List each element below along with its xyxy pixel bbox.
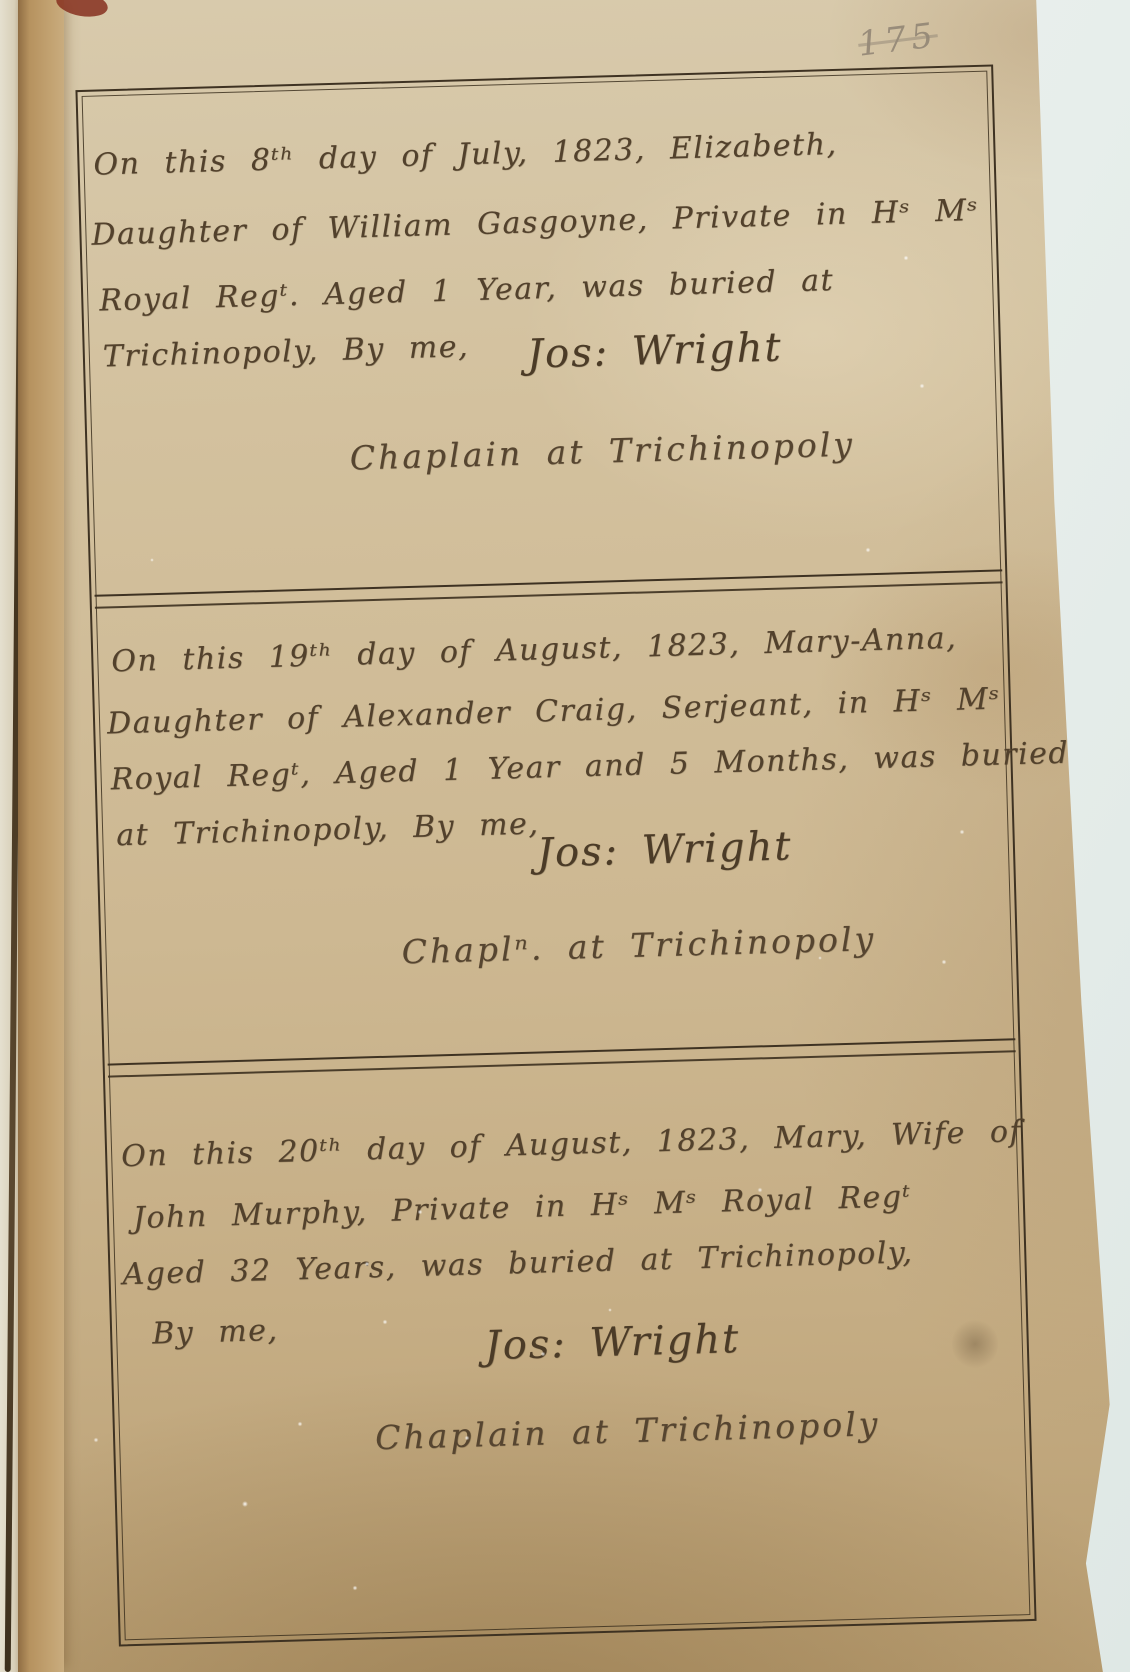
entry1-chaplain-signature: Jos: Wright [526, 324, 783, 377]
entry1-line3: Royal Regᵗ. Aged 1 Year, was buried at [99, 263, 835, 319]
burial-entry-1: On this 8ᵗʰ day of July, 1823, Elizabeth… [91, 67, 999, 595]
ruled-border-frame: On this 8ᵗʰ day of July, 1823, Elizabeth… [75, 64, 1036, 1646]
entry2-chaplain-signature: Jos: Wright [536, 823, 793, 876]
entry3-line4: By me, [152, 1313, 279, 1352]
entry1-line2: Daughter of William Gasgoyne, Private in… [91, 193, 979, 253]
entry3-line3: Aged 32 Years, was buried at Trichinopol… [122, 1235, 914, 1292]
entry1-signature-title: Chaplain at Trichinopoly [349, 425, 855, 478]
entry2-line1: On this 19ᵗʰ day of August, 1823, Mary-A… [111, 621, 958, 680]
scanned-register-page: 175 On this 8ᵗʰ day of July, 1823, Eliza… [0, 0, 1130, 1672]
entry2-line4: at Trichinopoly, By me, [116, 806, 540, 853]
folio-page-number: 175 [856, 15, 940, 64]
entry3-line1: On this 20ᵗʰ day of August, 1823, Mary, … [121, 1114, 1023, 1174]
aged-paper-sheet: 175 On this 8ᵗʰ day of July, 1823, Eliza… [0, 0, 1130, 1672]
entry2-line2: Daughter of Alexander Craig, Serjeant, i… [107, 682, 1001, 742]
ink-blot-stain [952, 1318, 998, 1370]
entry3-chaplain-signature: Jos: Wright [484, 1316, 741, 1369]
entry3-signature-title: Chaplain at Trichinopoly [375, 1404, 881, 1457]
book-binding-strip [18, 0, 64, 1672]
burial-entry-2: On this 19ᵗʰ day of August, 1823, Mary-A… [106, 580, 1012, 1064]
entry1-line4: Trichinopoly, By me, [102, 329, 469, 374]
entry2-signature-title: Chaplⁿ. at Trichinopoly [401, 919, 876, 971]
entry2-line3: Royal Regᵗ, Aged 1 Year and 5 Months, wa… [110, 736, 1069, 798]
entry3-line2: John Murphy, Private in Hˢ Mˢ Royal Regᵗ [132, 1179, 911, 1236]
burial-entry-3: On this 20ᵗʰ day of August, 1823, Mary, … [119, 1048, 1029, 1644]
entry1-line1: On this 8ᵗʰ day of July, 1823, Elizabeth… [93, 127, 838, 183]
